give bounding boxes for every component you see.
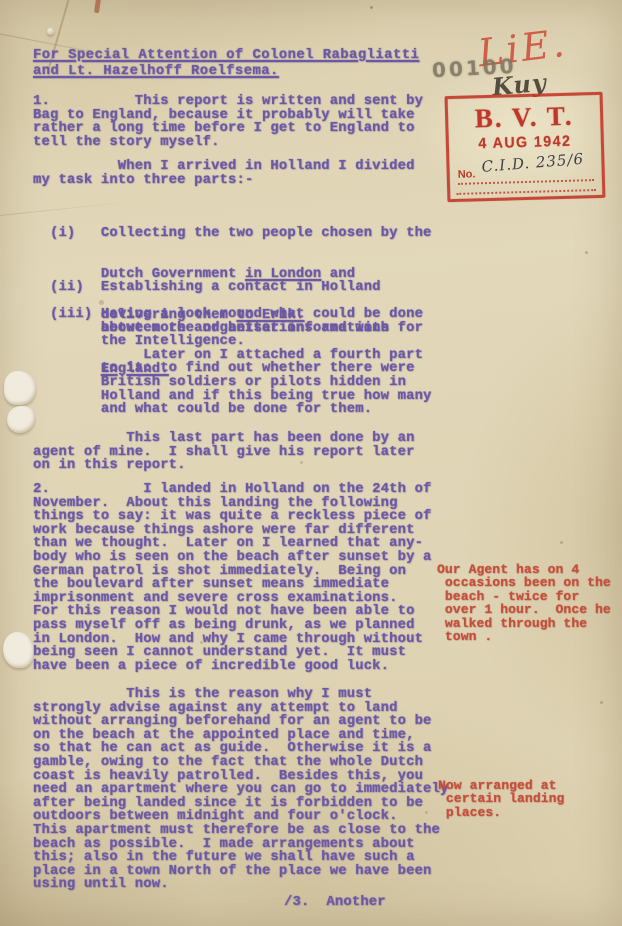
paper-tear-spot <box>7 406 35 433</box>
stamp-number-handwritten: C.I.D. 235/6 <box>481 150 585 176</box>
top-edge-ink-mark <box>94 0 101 13</box>
paper-tear-spot <box>47 28 54 35</box>
document-page: For Special Attention of Colonel Rabagli… <box>0 0 622 926</box>
paragraph-2-landing: 2. I landed in Holland on the 24th of No… <box>33 483 432 673</box>
paragraph-advice: This is the reason why I must strongly a… <box>33 688 449 892</box>
stamp-dotted-line <box>456 189 596 195</box>
list-item-ii-line1: (ii) Establishing a contact in Holland <box>33 280 381 295</box>
margin-note-landing: Now arranged at certain landing places. <box>438 779 564 819</box>
paragraph-task-intro: When I arrived in Holland I divided my t… <box>33 160 415 187</box>
list-item-i-line1: (i) Collecting the two people chosen by … <box>33 226 432 241</box>
stamp-org-text: B. V. T. <box>448 100 601 135</box>
paragraph-agent-report: This last part has been done by an agent… <box>33 432 415 473</box>
paragraph-1: 1. This report is written and sent by Ba… <box>33 95 423 149</box>
margin-note-beach: Our Agent has on 4 occasions been on the… <box>437 563 611 643</box>
ink-specks <box>370 6 373 9</box>
stamp-number-line: No. C.I.D. 235/6 <box>457 159 594 185</box>
stamp-number-label: No. <box>458 168 476 180</box>
paper-tear-spot <box>3 632 34 668</box>
paper-tear-spot <box>4 371 36 405</box>
bvt-stamp: B. V. T. 4 AUG 1942 No. C.I.D. 235/6 <box>445 92 606 202</box>
page-continuation-footer: /3. Another <box>284 896 386 910</box>
attention-heading: For Special Attention of Colonel Rabagli… <box>33 48 419 80</box>
list-item-iii: (iii) Having a look round what could be … <box>33 308 432 417</box>
